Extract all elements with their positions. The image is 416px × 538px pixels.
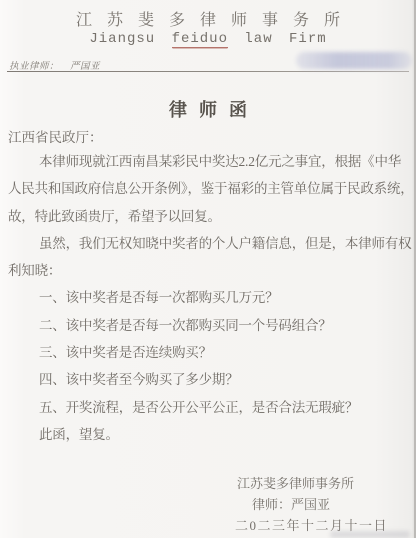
document-title: 律师函 — [0, 96, 416, 122]
firm-name-cn: 江苏斐多律师事务所 — [0, 7, 416, 30]
body-line: 虽然，我们无权知晓中奖者的个人户籍信息，但是，本律师有权 — [8, 230, 410, 257]
body-line-closing: 此函，望复。 — [8, 421, 410, 448]
firm-name-en-part1: Jiangsu — [89, 31, 155, 47]
signature-firm: 江苏斐多律师事务所 — [237, 473, 354, 492]
bottom-corner-smudge — [330, 531, 410, 538]
letter-document: 江苏斐多律师事务所 Jiangsu feiduo law Firm 执业律师：严… — [0, 0, 416, 538]
body-line-question-2: 二、该中奖者是否每一次都购买同一个号码组合？ — [8, 312, 410, 339]
header-rule-line — [7, 71, 409, 72]
letter-body: 本律师现就江西南昌某彩民中奖达2.2亿元之事宜，根据《中华 人民共和国政府信息公… — [8, 148, 410, 448]
body-line-question-4: 四、该中奖者至今购买了多少期？ — [8, 366, 410, 393]
salutation: 江西省民政厅： — [8, 126, 103, 146]
body-line-question-5: 五、开奖流程，是否公开公平公正，是否合法无瑕疵？ — [8, 394, 410, 421]
body-line-question-1: 一、该中奖者是否每一次都购买几万元？ — [8, 284, 410, 311]
practicing-lawyer-line: 执业律师：严国亚 — [9, 58, 100, 72]
body-line: 故，特此致函贵厅，希望予以回复。 — [8, 203, 410, 230]
signature-lawyer: 律师：严国亚 — [252, 494, 330, 513]
body-line: 本律师现就江西南昌某彩民中奖达2.2亿元之事宜，根据《中华 — [8, 148, 410, 175]
firm-name-en-part3: law Firm — [244, 31, 326, 47]
body-line: 利知晓： — [8, 257, 410, 284]
redacted-contact-blur — [296, 52, 412, 69]
firm-name-en-part2-underlined: feiduo — [172, 31, 228, 48]
firm-name-en: Jiangsu feiduo law Firm — [0, 31, 416, 47]
body-line-question-3: 三、该中奖者是否连续购买？ — [8, 339, 410, 366]
body-line: 人民共和国政府信息公开条例》，鉴于福彩的主管单位属于民政系统， — [8, 175, 410, 202]
